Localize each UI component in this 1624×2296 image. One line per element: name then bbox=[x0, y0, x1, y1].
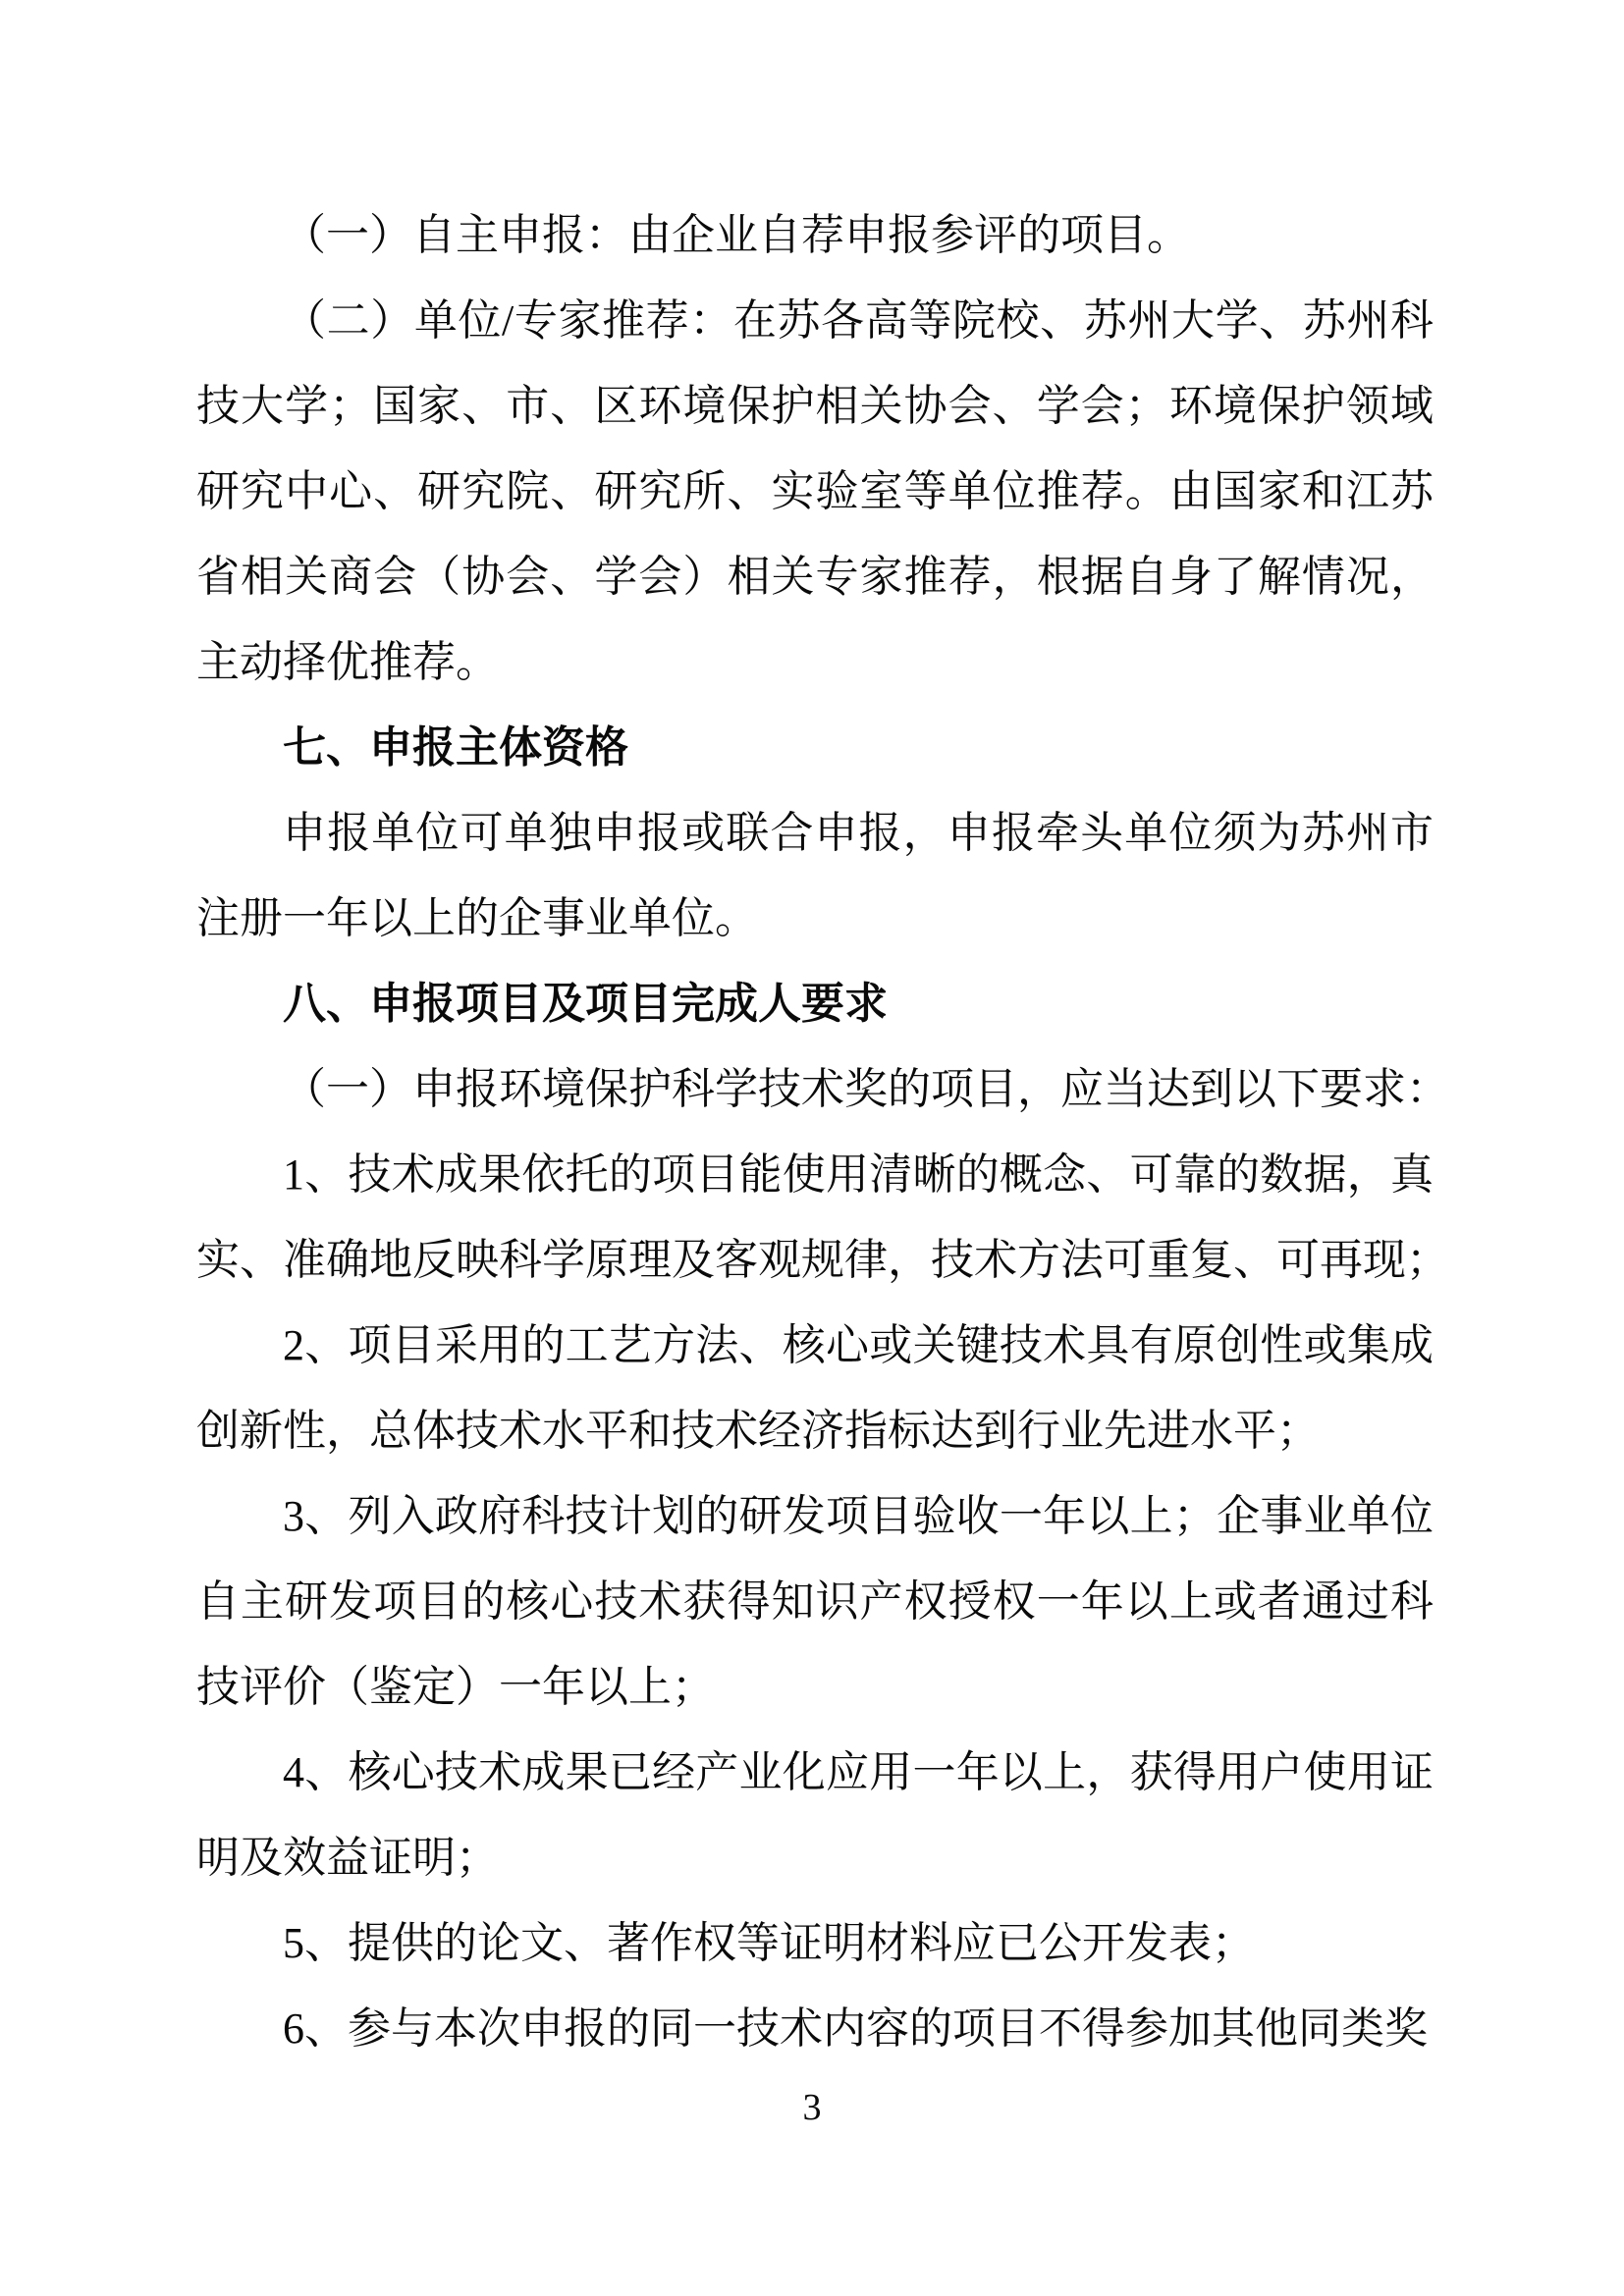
text-line: 6、参与本次申报的同一技术内容的项目不得参加其他同类奖 bbox=[196, 1986, 1434, 2071]
document-body: （一）自主申报：由企业自荐申报参评的项目。（二）单位/专家推荐：在苏各高等院校、… bbox=[196, 192, 1434, 2071]
text-line: 明及效益证明； bbox=[196, 1815, 1434, 1900]
paragraph: 申报单位可单独申报或联合申报，申报牵头单位须为苏州市注册一年以上的企事业单位。 bbox=[196, 790, 1434, 961]
text-line: 七、申报主体资格 bbox=[196, 705, 1434, 790]
document-page: （一）自主申报：由企业自荐申报参评的项目。（二）单位/专家推荐：在苏各高等院校、… bbox=[0, 0, 1624, 2296]
text-line: 1、技术成果依托的项目能使用清晰的概念、可靠的数据，真 bbox=[196, 1132, 1434, 1217]
text-line: 申报单位可单独申报或联合申报，申报牵头单位须为苏州市 bbox=[196, 790, 1434, 876]
text-line: 4、核心技术成果已经产业化应用一年以上，获得用户使用证 bbox=[196, 1730, 1434, 1815]
paragraph: 6、参与本次申报的同一技术内容的项目不得参加其他同类奖 bbox=[196, 1986, 1434, 2071]
text-line: （一）申报环境保护科学技术奖的项目，应当达到以下要求： bbox=[196, 1046, 1434, 1132]
text-line: （一）自主申报：由企业自荐申报参评的项目。 bbox=[196, 192, 1434, 278]
paragraph: （一）申报环境保护科学技术奖的项目，应当达到以下要求： bbox=[196, 1046, 1434, 1132]
page-number: 3 bbox=[0, 2065, 1624, 2151]
text-line: 3、列入政府科技计划的研发项目验收一年以上；企事业单位 bbox=[196, 1473, 1434, 1559]
text-line: 自主研发项目的核心技术获得知识产权授权一年以上或者通过科 bbox=[196, 1559, 1434, 1644]
text-line: 省相关商会（协会、学会）相关专家推荐，根据自身了解情况， bbox=[196, 534, 1434, 619]
text-line: 研究中心、研究院、研究所、实验室等单位推荐。由国家和江苏 bbox=[196, 449, 1434, 534]
paragraph: 2、项目采用的工艺方法、核心或关键技术具有原创性或集成创新性，总体技术水平和技术… bbox=[196, 1303, 1434, 1473]
paragraph: （二）单位/专家推荐：在苏各高等院校、苏州大学、苏州科技大学；国家、市、区环境保… bbox=[196, 278, 1434, 705]
text-line: 创新性，总体技术水平和技术经济指标达到行业先进水平； bbox=[196, 1388, 1434, 1473]
section-heading: 七、申报主体资格 bbox=[196, 705, 1434, 790]
text-line: 实、准确地反映科学原理及客观规律，技术方法可重复、可再现； bbox=[196, 1217, 1434, 1303]
text-line: 八、申报项目及项目完成人要求 bbox=[196, 961, 1434, 1046]
text-line: 5、提供的论文、著作权等证明材料应已公开发表； bbox=[196, 1900, 1434, 1986]
text-line: 2、项目采用的工艺方法、核心或关键技术具有原创性或集成 bbox=[196, 1303, 1434, 1388]
paragraph: 4、核心技术成果已经产业化应用一年以上，获得用户使用证明及效益证明； bbox=[196, 1730, 1434, 1900]
paragraph: 1、技术成果依托的项目能使用清晰的概念、可靠的数据，真实、准确地反映科学原理及客… bbox=[196, 1132, 1434, 1303]
text-line: 注册一年以上的企事业单位。 bbox=[196, 876, 1434, 961]
paragraph: （一）自主申报：由企业自荐申报参评的项目。 bbox=[196, 192, 1434, 278]
text-line: 技评价（鉴定）一年以上； bbox=[196, 1644, 1434, 1730]
paragraph: 5、提供的论文、著作权等证明材料应已公开发表； bbox=[196, 1900, 1434, 1986]
section-heading: 八、申报项目及项目完成人要求 bbox=[196, 961, 1434, 1046]
text-line: （二）单位/专家推荐：在苏各高等院校、苏州大学、苏州科 bbox=[196, 278, 1434, 363]
text-line: 技大学；国家、市、区环境保护相关协会、学会；环境保护领域 bbox=[196, 363, 1434, 449]
paragraph: 3、列入政府科技计划的研发项目验收一年以上；企事业单位自主研发项目的核心技术获得… bbox=[196, 1473, 1434, 1730]
text-line: 主动择优推荐。 bbox=[196, 619, 1434, 705]
